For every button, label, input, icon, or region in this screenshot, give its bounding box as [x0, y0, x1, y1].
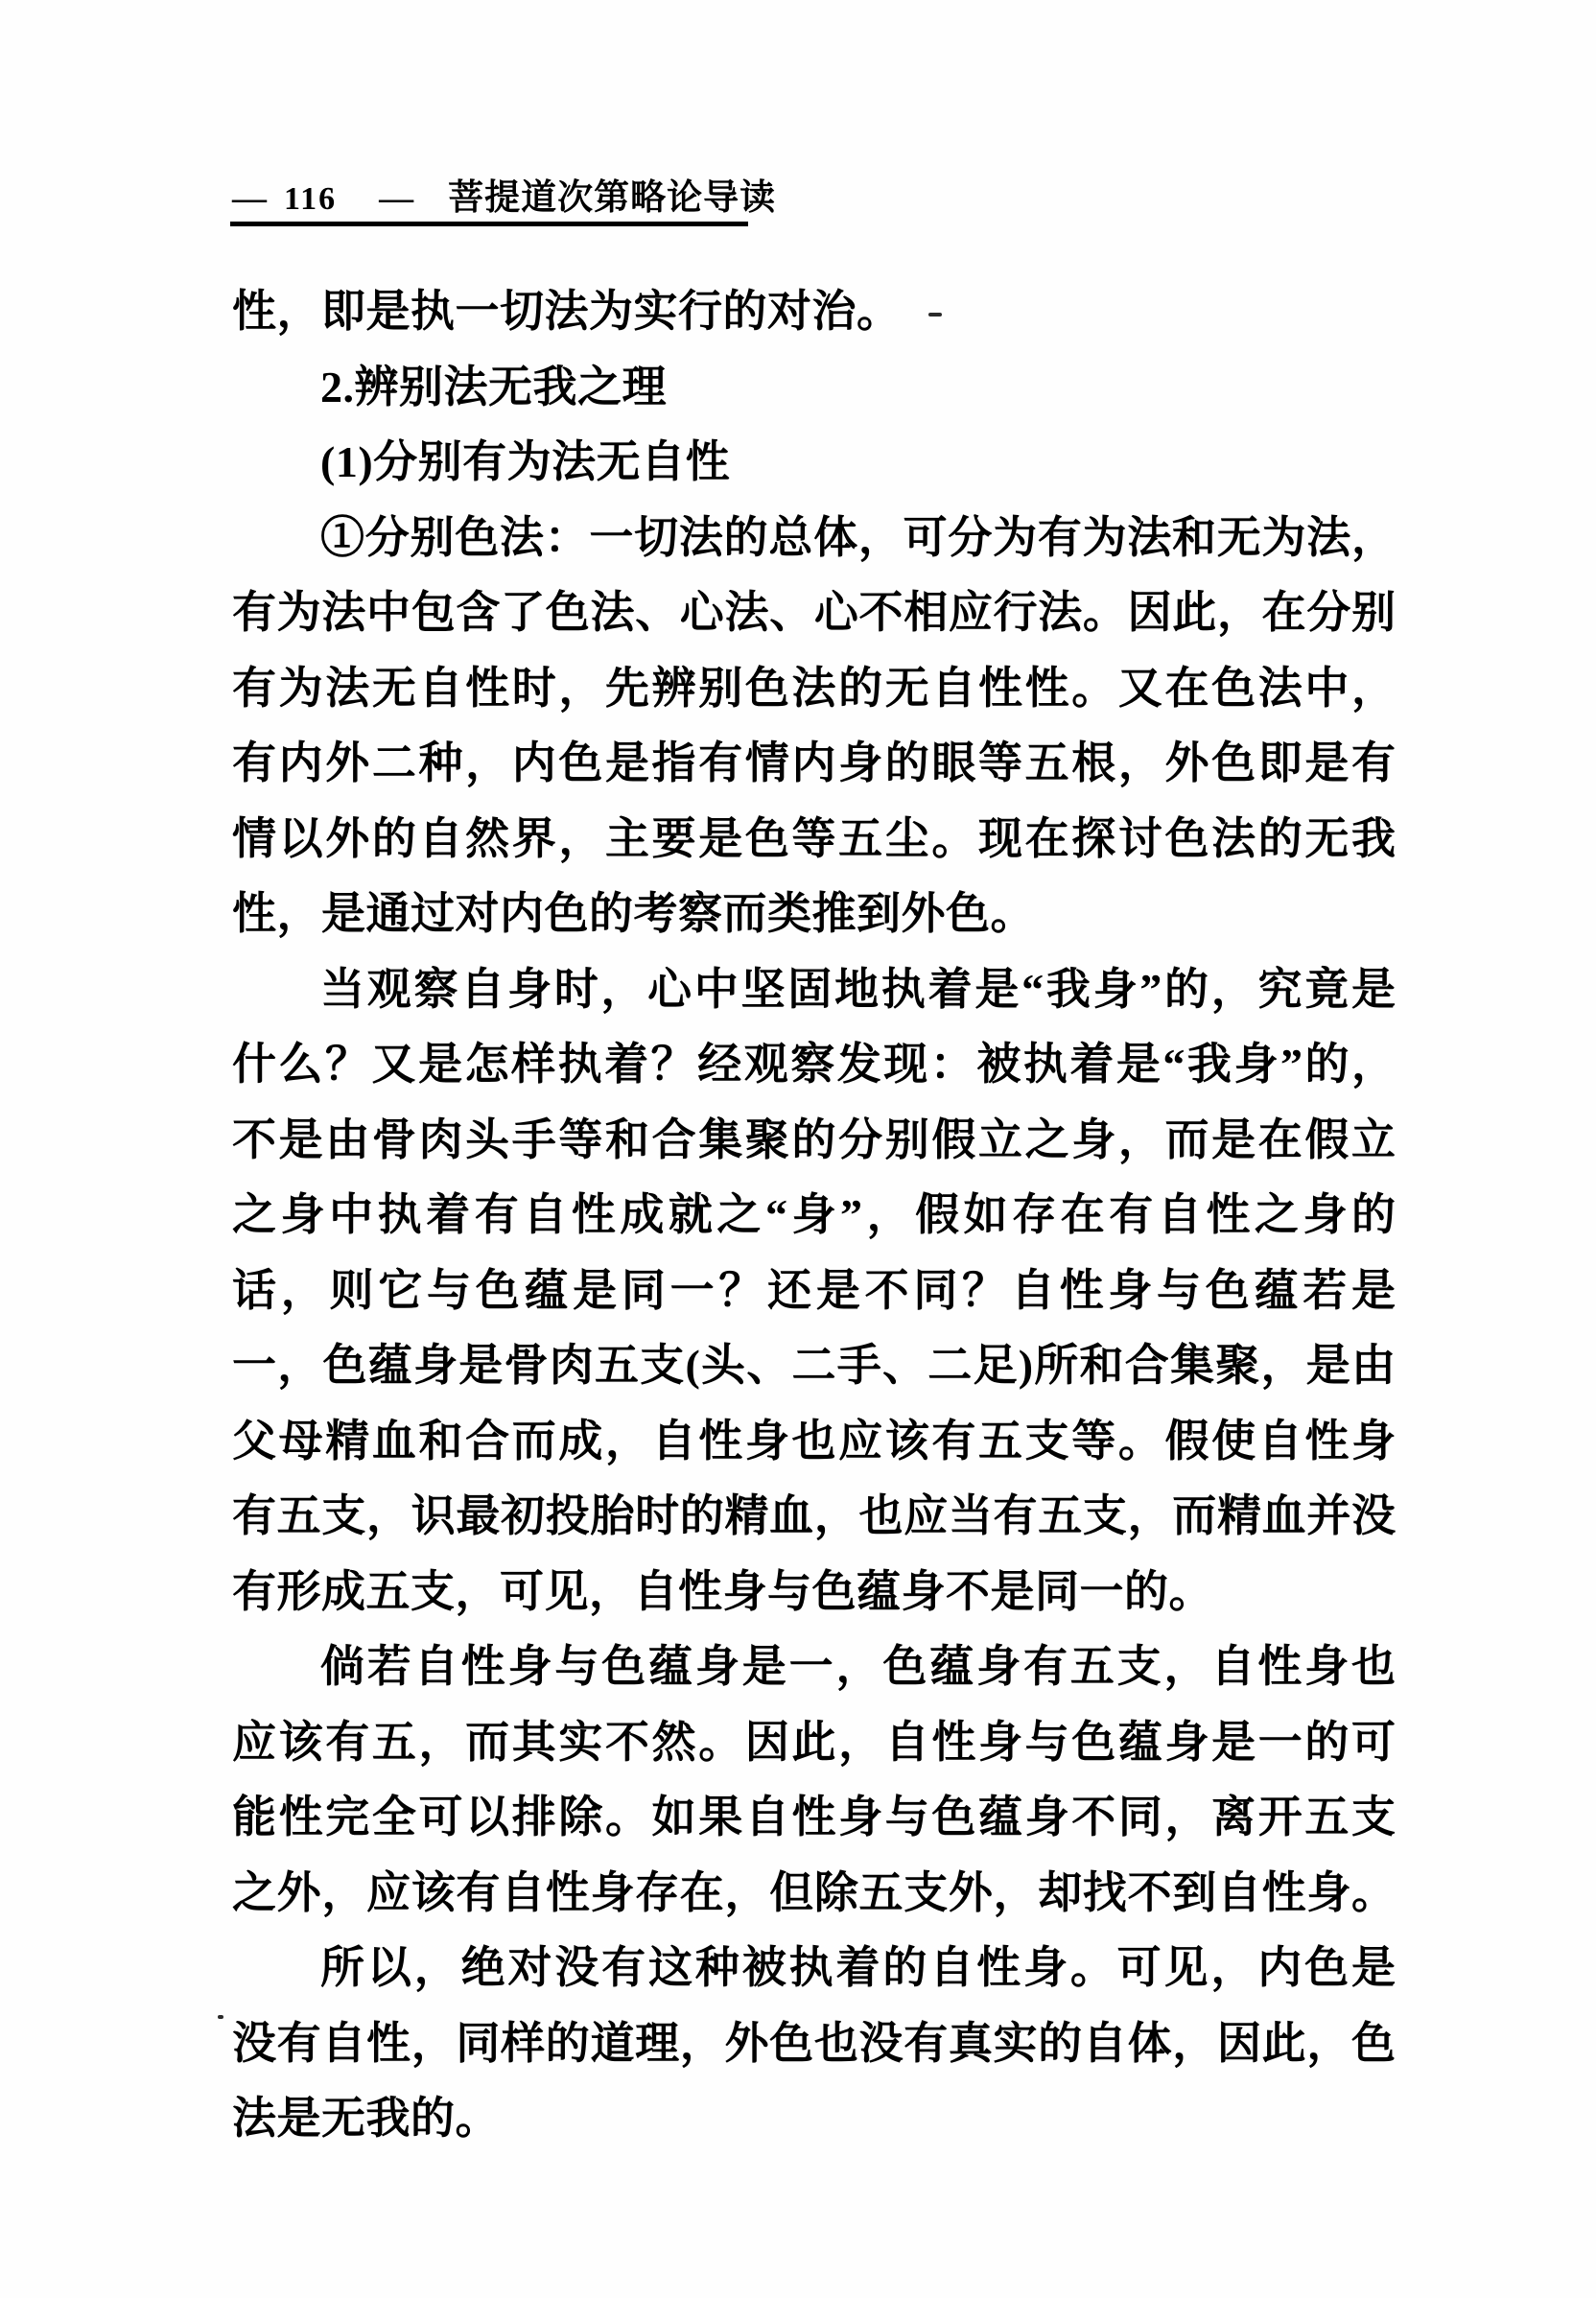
text-line: ①分别色法：一切法的总体，可分为有为法和无为法， [232, 501, 1396, 576]
page-number: 116 [284, 178, 337, 221]
text-line: 情以外的自然界，主要是色等五尘。现在探讨色法的无我 [232, 802, 1396, 878]
text-line: 父母精血和合而成，自性身也应该有五支等。假使自性身 [232, 1404, 1396, 1480]
book-title: 菩提道次第略论导读 [448, 177, 776, 220]
text-line: 没有自性，同样的道理，外色也没有真实的自体，因此，色 [232, 2006, 1396, 2082]
text-line: 应该有五，而其实不然。因此，自性身与色蕴身是一的可 [232, 1705, 1396, 1781]
text-line: 性，即是执一切法为实行的对治。 [232, 274, 1396, 350]
header-dash-left: — [232, 176, 267, 219]
text-line: 有为法无自性时，先辨别色法的无自性性。又在色法中， [232, 651, 1396, 727]
text-line: 倘若自性身与色蕴身是一，色蕴身有五支，自性身也 [232, 1630, 1396, 1705]
text-line: 有内外二种，内色是指有情内身的眼等五根，外色即是有 [232, 726, 1396, 802]
body-text: 性，即是执一切法为实行的对治。2.辨别法无我之理(1)分别有为法无自性①分别色法… [232, 274, 1396, 2157]
ink-speck [928, 313, 942, 317]
text-line: 有五支，识最初投胎时的精血，也应当有五支，而精血并没 [232, 1479, 1396, 1555]
text-line: 法是无我的。 [232, 2081, 1396, 2157]
text-line: 不是由骨肉头手等和合集聚的分别假立之身，而是在假立 [232, 1103, 1396, 1179]
text-line: 有形成五支，可见，自性身与色蕴身不是同一的。 [232, 1555, 1396, 1630]
text-line: 所以，绝对没有这种被执着的自性身。可见，内色是 [232, 1931, 1396, 2006]
text-line: 之外，应该有自性身存在，但除五支外，却找不到自性身。 [232, 1856, 1396, 1932]
text-line: 一，色蕴身是骨肉五支(头、二手、二足)所和合集聚，是由 [232, 1328, 1396, 1404]
header-dash-right: — [379, 176, 413, 219]
text-line: 当观察自身时，心中坚固地执着是“我身”的，究竟是 [232, 952, 1396, 1028]
text-line: (1)分别有为法无自性 [232, 425, 1396, 501]
scanned-book-page: — 116 — 菩提道次第略论导读 性，即是执一切法为实行的对治。2.辨别法无我… [0, 0, 1596, 2298]
ink-speck [218, 2015, 223, 2019]
text-line: 有为法中包含了色法、心法、心不相应行法。因此，在分别 [232, 575, 1396, 651]
text-line: 之身中执着有自性成就之“身”，假如存在有自性之身的 [232, 1178, 1396, 1254]
text-line: 能性完全可以排除。如果自性身与色蕴身不同，离开五支 [232, 1780, 1396, 1856]
text-line: 性，是通过对内色的考察而类推到外色。 [232, 877, 1396, 952]
running-head: — 116 — 菩提道次第略论导读 [232, 176, 776, 221]
header-rule [230, 222, 748, 226]
text-line: 话，则它与色蕴是同一？还是不同？自性身与色蕴若是 [232, 1254, 1396, 1329]
text-line: 什么？又是怎样执着？经观察发现：被执着是“我身”的， [232, 1027, 1396, 1103]
text-line: 2.辨别法无我之理 [232, 350, 1396, 426]
